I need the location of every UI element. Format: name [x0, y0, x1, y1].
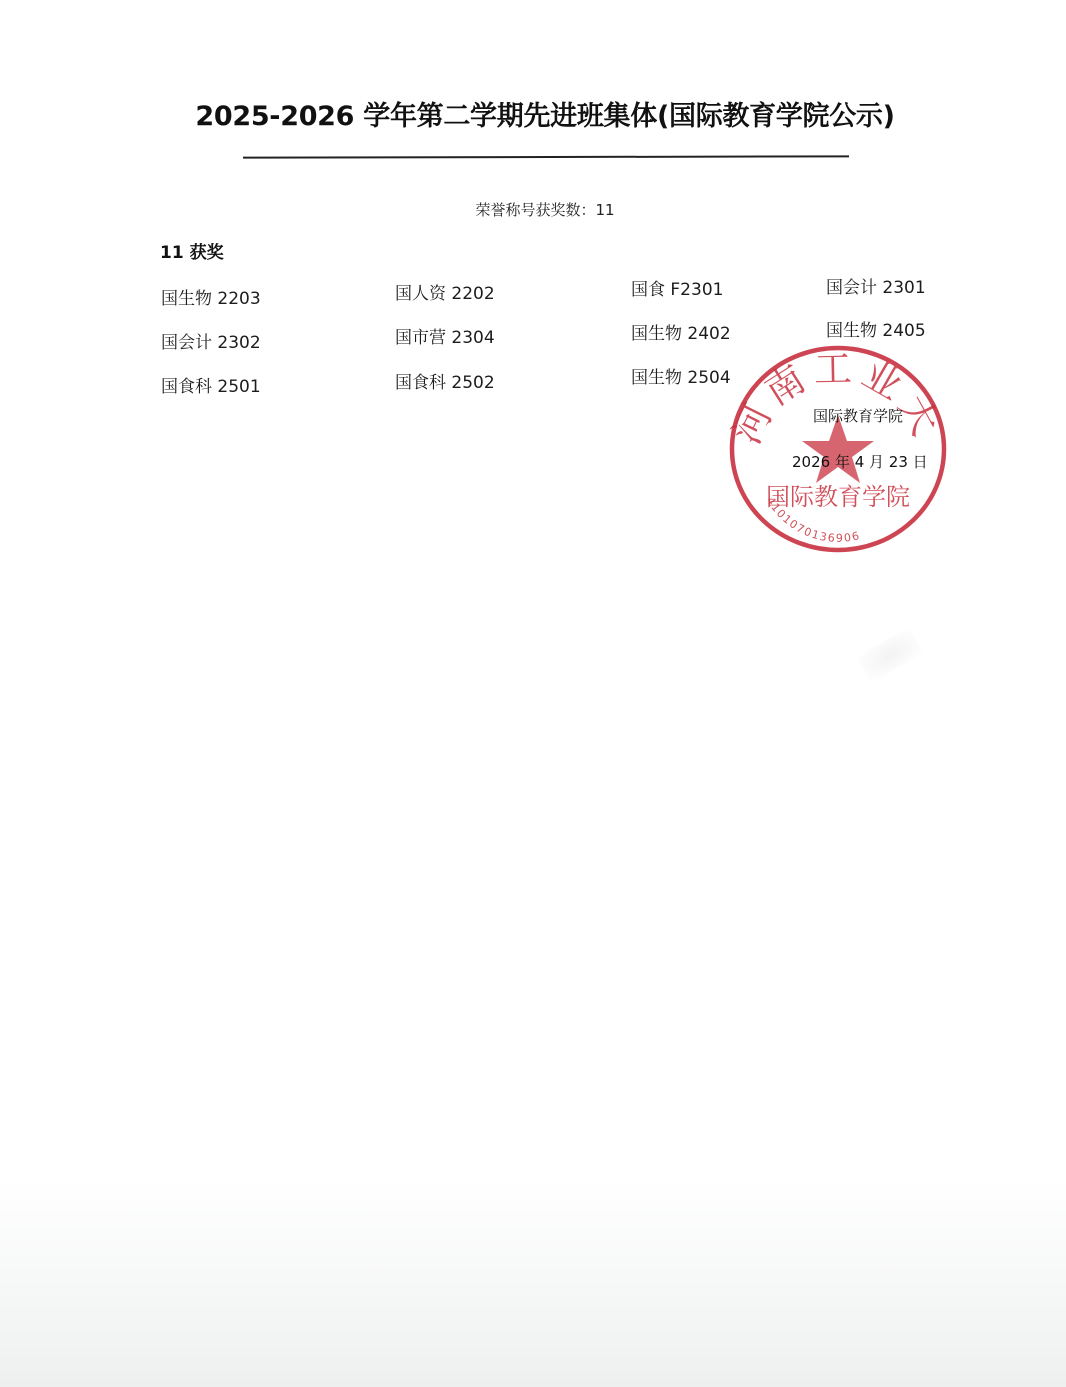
list-item: 国生物 2402	[631, 319, 731, 344]
list-item: 国会计 2301	[826, 273, 926, 298]
document-title: 2025-2026 学年第二学期先进班集体(国际教育学院公示)	[0, 94, 1066, 133]
list-item: 国食科 2501	[161, 372, 261, 397]
signature-issuer: 国际教育学院	[813, 405, 903, 426]
list-item: 国食科 2502	[395, 368, 495, 393]
list-item: 国市营 2304	[395, 323, 495, 348]
title-underline	[243, 155, 849, 158]
list-item: 国生物 2504	[631, 363, 731, 388]
svg-text:国际教育学院: 国际教育学院	[766, 483, 910, 511]
list-item: 国生物 2405	[826, 316, 926, 341]
list-item: 国食 F2301	[631, 275, 723, 300]
list-item: 国会计 2302	[161, 328, 261, 353]
photo-glare	[857, 627, 924, 683]
official-seal-icon: 河南工业大学 国际教育学院 4101070136906	[727, 343, 949, 555]
list-item: 国人资 2202	[395, 279, 495, 304]
list-item: 国生物 2203	[161, 284, 261, 309]
section-heading: 11 获奖	[160, 238, 224, 263]
award-count: 荣誉称号获奖数：11	[0, 199, 1066, 220]
signature-date: 2026 年 4 月 23 日	[792, 451, 928, 472]
